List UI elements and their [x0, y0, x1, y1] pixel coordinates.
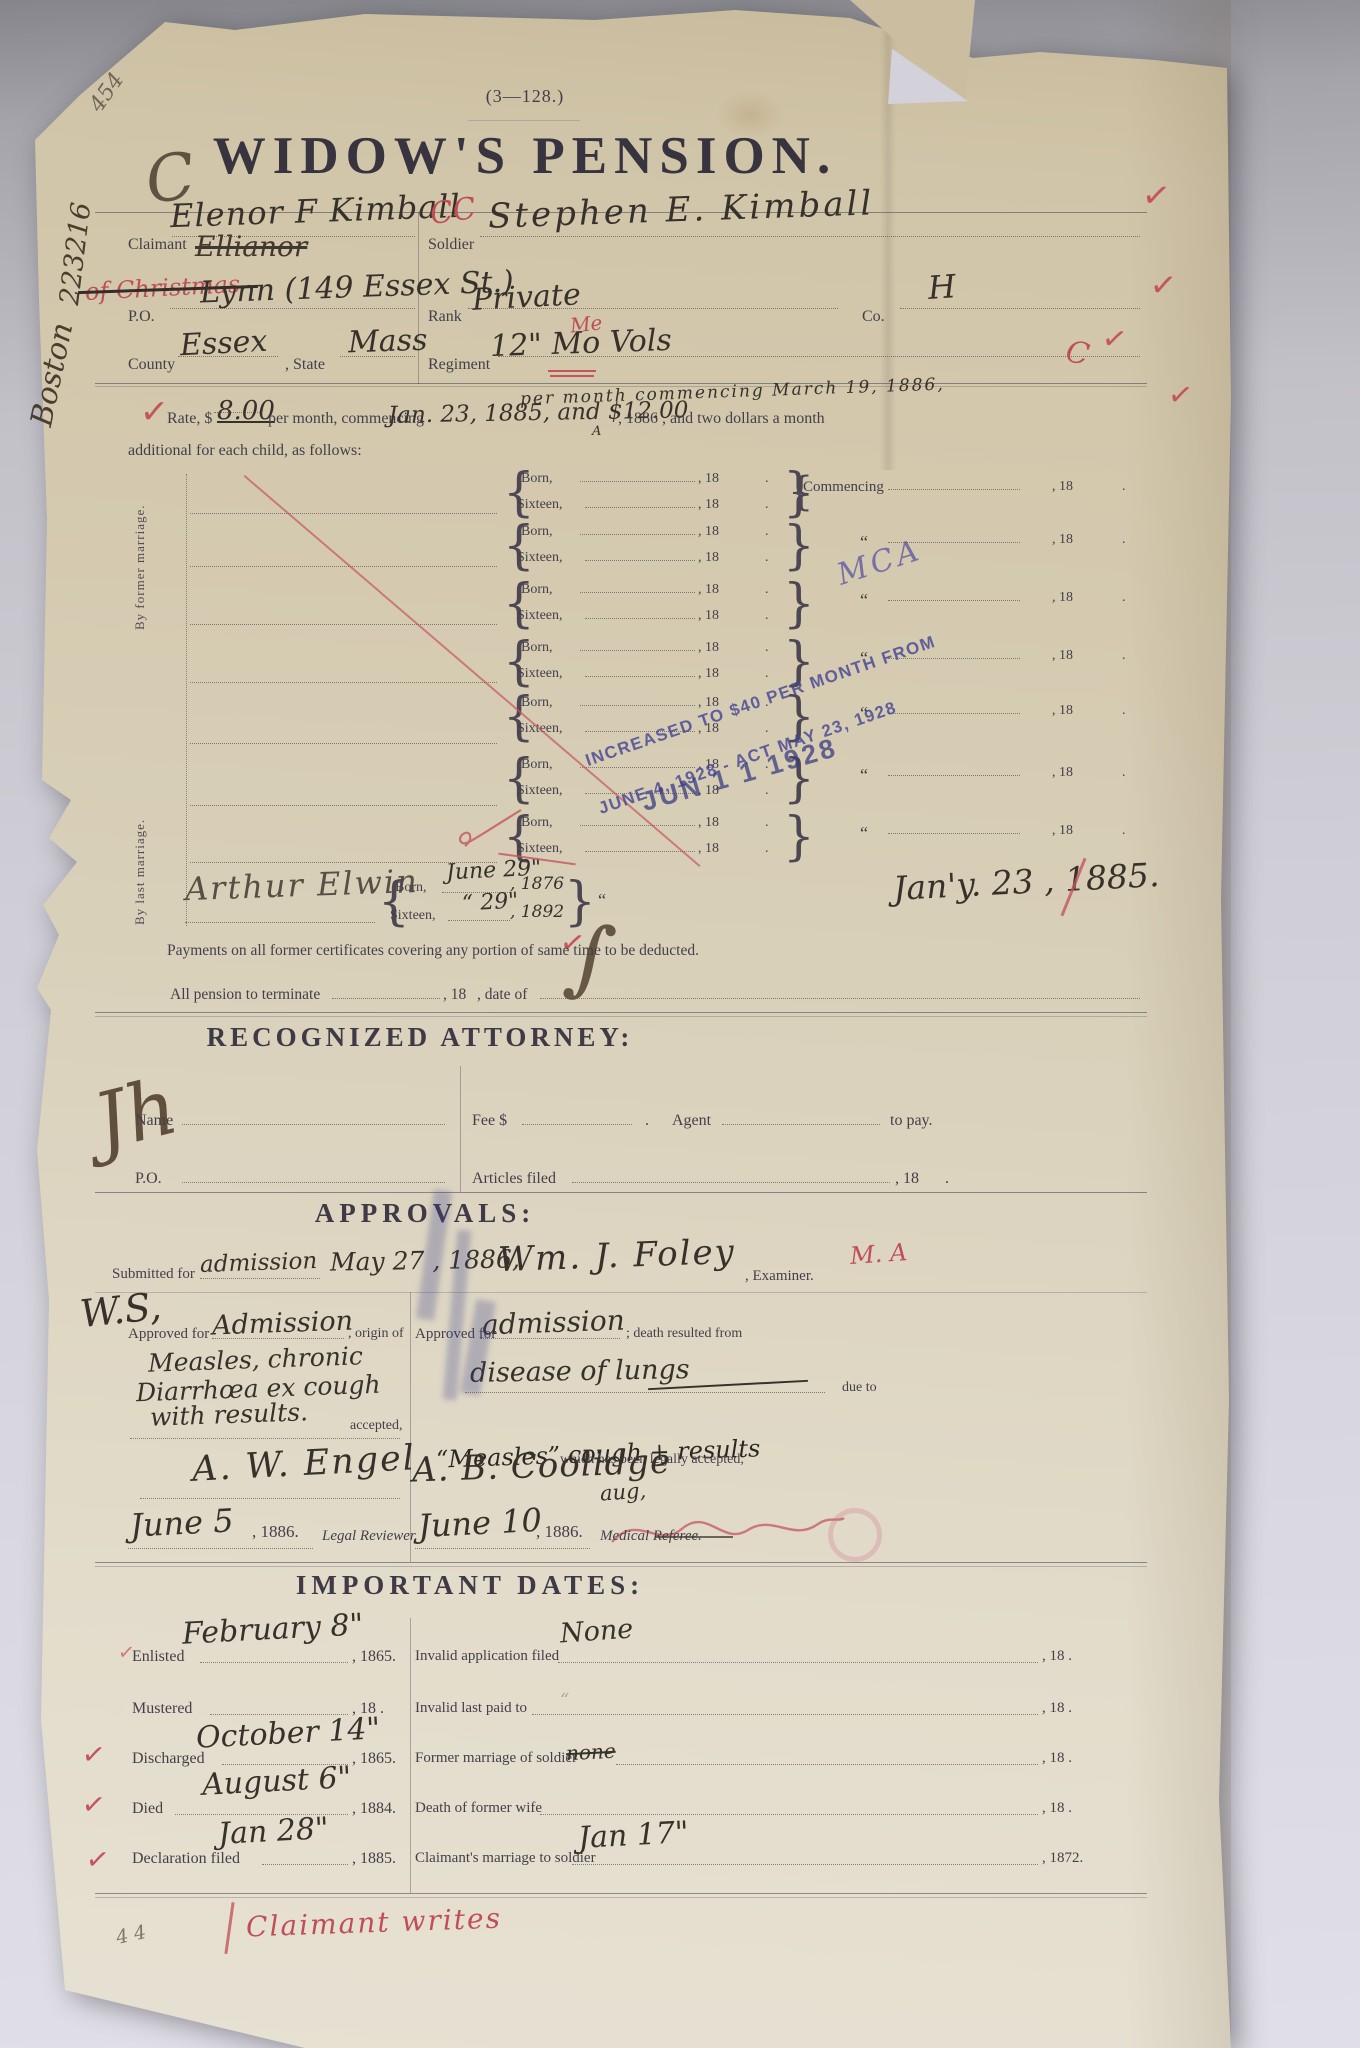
enlisted-year: , 1865.	[352, 1648, 396, 1666]
dates-column-divider	[410, 1618, 411, 1893]
year-18: , 18	[698, 666, 719, 682]
period: .	[765, 666, 769, 682]
row-line	[572, 1864, 1038, 1865]
born-dots	[580, 481, 695, 482]
examiner-label: , Examiner.	[745, 1268, 814, 1285]
agent-line	[722, 1124, 880, 1125]
period: .	[765, 815, 769, 831]
period: .	[765, 471, 769, 487]
child-row: { Born, , 18 . Sixteen, , 18 . } “ , 18 …	[503, 520, 1153, 576]
year-18: , 18	[698, 471, 719, 487]
declaration-filed-value: Jan 28"	[217, 1811, 329, 1852]
scanned-document-photo: 223216 Boston 454 C (3—128.) WIDOW'S PEN…	[0, 0, 1360, 2048]
attorney-po-label: P.O.	[135, 1170, 162, 1188]
strike-line	[655, 1536, 733, 1538]
invalid-last-paid-label: Invalid last paid to	[415, 1700, 527, 1717]
group-label-former-marriage: By former marriage.	[132, 480, 148, 630]
born-label: Born,	[521, 815, 553, 831]
born-dots	[580, 534, 695, 535]
terminate-dots2	[540, 998, 1140, 999]
declaration-filed-year: , 1885.	[352, 1850, 396, 1868]
claimant-struck-name: Ellianor	[195, 230, 307, 263]
rank-value: Private	[471, 277, 581, 318]
year-18: , 18	[443, 986, 466, 1004]
row-line	[616, 1764, 1038, 1765]
year-18: , 18	[698, 608, 719, 624]
year-18: , 18	[698, 815, 719, 831]
ditto-mark: “	[860, 823, 868, 844]
section-rule	[95, 1292, 1147, 1293]
section-rule	[95, 1562, 1147, 1563]
county-label: County	[128, 356, 175, 374]
cause-line	[465, 1392, 825, 1393]
sixteen-label: Sixteen,	[517, 550, 563, 566]
brace-right: }	[783, 806, 815, 867]
regiment-value: 12" Mo Vols	[489, 323, 672, 364]
accepted-label: accepted,	[350, 1418, 402, 1434]
child-name-line	[190, 805, 497, 806]
attorney-column-divider	[460, 1066, 461, 1192]
child-sixteen-year: , 1892	[510, 902, 564, 922]
death-resulted-label: ; death resulted from	[626, 1326, 742, 1342]
fee-label: Fee $	[472, 1112, 507, 1130]
year-18: , 18	[698, 524, 719, 540]
claimant-marriage-label: Claimant's marriage to soldier	[415, 1850, 596, 1867]
year-18: , 18	[698, 497, 719, 513]
red-underline	[550, 375, 594, 377]
commencing-dots	[888, 833, 1020, 834]
signature-line	[140, 1498, 400, 1499]
sixteen-label: Sixteen,	[517, 497, 563, 513]
approved-for-value: Admission	[212, 1306, 354, 1342]
child-name-line	[190, 624, 497, 625]
terminate-label: All pension to terminate	[170, 986, 320, 1004]
page-title: WIDOW'S PENSION.	[170, 126, 880, 186]
group-label-last-marriage: By last marriage.	[132, 645, 148, 925]
red-checkmark: ✓	[84, 1842, 112, 1878]
due-to-label: due to	[842, 1380, 877, 1396]
year-18: , 18	[698, 640, 719, 656]
row-year: , 18 .	[1042, 1750, 1072, 1767]
period: .	[645, 1112, 649, 1130]
sixteen-dots	[585, 560, 695, 561]
legal-review-year: , 1886.	[252, 1522, 299, 1542]
red-initials: M. A	[849, 1238, 908, 1270]
period: .	[1122, 648, 1126, 664]
period: .	[765, 524, 769, 540]
section-rule	[95, 1012, 1147, 1013]
section-rule	[95, 383, 1147, 384]
period: .	[1122, 703, 1126, 719]
year-18: , 18	[698, 582, 719, 598]
commencing-dots	[888, 489, 1020, 490]
attorney-po-line	[182, 1182, 445, 1183]
date-of-label: , date of	[477, 986, 527, 1004]
co-label: Co.	[862, 308, 885, 326]
red-checkmark: ✓	[1166, 376, 1196, 414]
state-label: , State	[285, 356, 325, 374]
red-checkmark: ✓	[117, 1639, 136, 1665]
born-label: Born,	[521, 757, 553, 773]
legal-reviewer-label: Legal Reviewer.	[322, 1528, 418, 1545]
period: .	[1122, 590, 1126, 606]
born-label: Born,	[521, 695, 553, 711]
sixteen-dots	[585, 851, 695, 852]
invalid-application-value: None	[559, 1613, 634, 1649]
period: .	[1122, 765, 1126, 781]
cc-mark: CC	[428, 191, 478, 232]
submitted-line	[200, 1278, 320, 1279]
approvals-heading: APPROVALS:	[145, 1198, 705, 1229]
died-label: Died	[132, 1800, 163, 1818]
born-label: Born,	[521, 640, 553, 656]
legal-review-date: June 5	[129, 1501, 234, 1544]
co-value: H	[927, 267, 957, 307]
period: .	[1122, 479, 1126, 495]
sixteen-label: Sixteen,	[517, 608, 563, 624]
soldier-label: Soldier	[428, 236, 474, 254]
terminate-dots	[332, 998, 440, 999]
sixteen-label: Sixteen,	[390, 908, 436, 924]
year-18: , 18	[1052, 590, 1073, 606]
child-name-line	[190, 682, 497, 683]
sixteen-dots	[448, 920, 510, 921]
year-18: , 18	[698, 550, 719, 566]
declaration-filed-label: Declaration filed	[132, 1850, 240, 1868]
commencing-dots	[888, 713, 1020, 714]
rate-text-line2: additional for each child, as follows:	[128, 442, 362, 460]
rate-amount: 8.00	[217, 396, 275, 426]
medical-review-date: June 10	[417, 1501, 543, 1545]
sixteen-dots	[585, 676, 695, 677]
red-curl-arrow	[455, 808, 525, 853]
period: .	[1122, 823, 1126, 839]
approved-line	[480, 1338, 620, 1339]
invalid-application-label: Invalid application filed	[415, 1648, 559, 1665]
section-rule	[95, 1897, 1147, 1898]
rate-label: Rate, $	[167, 410, 212, 428]
right-edge-shading	[1125, 0, 1231, 2048]
year-18: , 18	[698, 841, 719, 857]
year-18: , 18	[1052, 532, 1073, 548]
child-row: { Born, , 18 . Sixteen, , 18 . } “ , 18 …	[503, 578, 1153, 634]
year-18: , 18	[1052, 765, 1073, 781]
former-marriage-value: none	[565, 1739, 616, 1766]
sixteen-dots	[585, 507, 695, 508]
articles-line	[572, 1182, 890, 1183]
pencil-mark: “	[560, 1690, 569, 1711]
born-label: Born,	[521, 524, 553, 540]
sixteen-label: Sixteen,	[517, 783, 563, 799]
brace-right: }	[783, 573, 815, 634]
submitted-for-value: admission	[200, 1248, 318, 1278]
period: .	[765, 721, 769, 737]
to-pay-label: to pay.	[890, 1112, 933, 1130]
year-18: , 18	[895, 1170, 919, 1188]
discharged-year: , 1865.	[352, 1750, 396, 1768]
born-dots	[580, 705, 695, 706]
discharged-label: Discharged	[132, 1750, 205, 1768]
former-marriage-label: Former marriage of soldier	[415, 1750, 577, 1767]
ditto-mark: “	[860, 765, 868, 786]
soldier-line	[480, 236, 1140, 237]
period: .	[765, 608, 769, 624]
row-line	[262, 1864, 348, 1865]
died-year: , 1884.	[352, 1800, 396, 1818]
medical-review-year: , 1886.	[536, 1522, 583, 1542]
red-checkmark: ✓	[139, 391, 170, 433]
articles-filed-label: Articles filed	[472, 1170, 556, 1188]
section-rule	[95, 1016, 1147, 1017]
row-line	[540, 1814, 1038, 1815]
section-rule	[95, 1192, 1147, 1193]
form-number: (3—128.)	[400, 86, 650, 107]
row-year: , 18 .	[1042, 1648, 1072, 1665]
child-name-line	[185, 922, 375, 923]
attorney-name-line	[182, 1124, 445, 1125]
red-checkmark: ✓	[80, 1787, 108, 1823]
rate-caret: A	[592, 424, 601, 439]
year-18: , 18	[1052, 479, 1073, 495]
row-year: , 1872.	[1042, 1850, 1083, 1867]
born-dots	[580, 592, 695, 593]
row-line	[532, 1714, 1038, 1715]
claimant-marriage-value: Jan 17"	[577, 1815, 689, 1856]
child-row: { Born, , 18 . Sixteen, , 18 . } “ , 18 …	[503, 811, 1153, 867]
period: .	[765, 841, 769, 857]
year-18: , 18	[1052, 648, 1073, 664]
attorney-name-label: Name	[135, 1112, 173, 1130]
date-line	[415, 1548, 590, 1549]
year-18: , 18	[1052, 823, 1073, 839]
table-vertical-dotted-guide	[186, 474, 187, 926]
period: .	[765, 497, 769, 513]
origin-of-label: , origin of	[348, 1326, 404, 1342]
cause-of-death-value: disease of lungs	[470, 1354, 690, 1389]
attorney-heading: RECOGNIZED ATTORNEY:	[140, 1022, 700, 1053]
row-year: , 18 .	[1042, 1800, 1072, 1817]
row-line	[558, 1662, 1038, 1663]
child-name-line	[190, 743, 497, 744]
important-dates-heading: IMPORTANT DATES:	[190, 1570, 750, 1601]
county-value: Essex	[179, 324, 268, 364]
commencing-label: Commencing	[803, 479, 884, 496]
row-line	[200, 1662, 348, 1663]
period: .	[1122, 532, 1126, 548]
approved-for-label: Approved for	[128, 1326, 209, 1343]
born-label: Born,	[521, 471, 553, 487]
born-dots	[580, 650, 695, 651]
approved-for-value: admission	[481, 1304, 625, 1342]
regiment-label: Regiment	[428, 356, 490, 374]
child-name-line	[190, 513, 497, 514]
section-rule	[95, 1893, 1147, 1894]
payments-note: Payments on all former certificates cove…	[167, 942, 699, 960]
mustered-label: Mustered	[132, 1700, 192, 1718]
claimant-label: Claimant	[128, 236, 187, 254]
po-label: P.O.	[128, 308, 155, 326]
child-born-year: , 1876	[510, 874, 564, 894]
born-label: Born,	[521, 582, 553, 598]
rank-label: Rank	[428, 308, 462, 326]
row-year: , 18 .	[1042, 1700, 1072, 1717]
enlisted-label: Enlisted	[132, 1648, 184, 1666]
period: .	[765, 783, 769, 799]
date-line	[128, 1548, 313, 1549]
period: .	[765, 550, 769, 566]
sixteen-dots	[585, 618, 695, 619]
pink-stamp-smudge	[828, 1508, 882, 1562]
child-name-line	[190, 566, 497, 567]
fee-line	[522, 1124, 632, 1125]
red-checkmark: ✓	[1148, 265, 1179, 306]
ditto-mark: “	[860, 590, 868, 611]
commencing-dots	[888, 600, 1020, 601]
death-former-wife-label: Death of former wife	[415, 1800, 542, 1817]
co-line	[900, 308, 1140, 309]
red-checkmark: ✓	[80, 1737, 108, 1773]
period: .	[765, 582, 769, 598]
brace-right: }	[783, 515, 815, 576]
commencing-dots	[888, 775, 1020, 776]
sixteen-label: Sixteen,	[517, 666, 563, 682]
period: .	[945, 1170, 949, 1188]
year-18: , 18	[1052, 703, 1073, 719]
state-value: Mass	[347, 323, 428, 361]
left-col-dots	[130, 1438, 400, 1439]
origin-value-line3: with results.	[150, 1397, 309, 1431]
submitted-for-label: Submitted for	[112, 1266, 195, 1283]
rate-line-dots	[214, 412, 262, 413]
rate-text: , 1886 , and two dollars a month	[618, 410, 825, 428]
examiner-signature: Wm. J. Foley	[497, 1232, 736, 1280]
approvals-column-divider	[410, 1292, 411, 1562]
red-checkmark: ✓	[1139, 174, 1173, 218]
born-dots	[580, 825, 695, 826]
born-label: Born,	[395, 880, 427, 896]
section-rule	[95, 1566, 1147, 1567]
red-underline	[548, 370, 596, 372]
form-number-underline	[468, 120, 580, 121]
period: .	[765, 640, 769, 656]
agent-label: Agent	[672, 1112, 711, 1130]
child-row: { Born, , 18 . Sixteen, , 18 . } { Comme…	[503, 467, 1153, 523]
